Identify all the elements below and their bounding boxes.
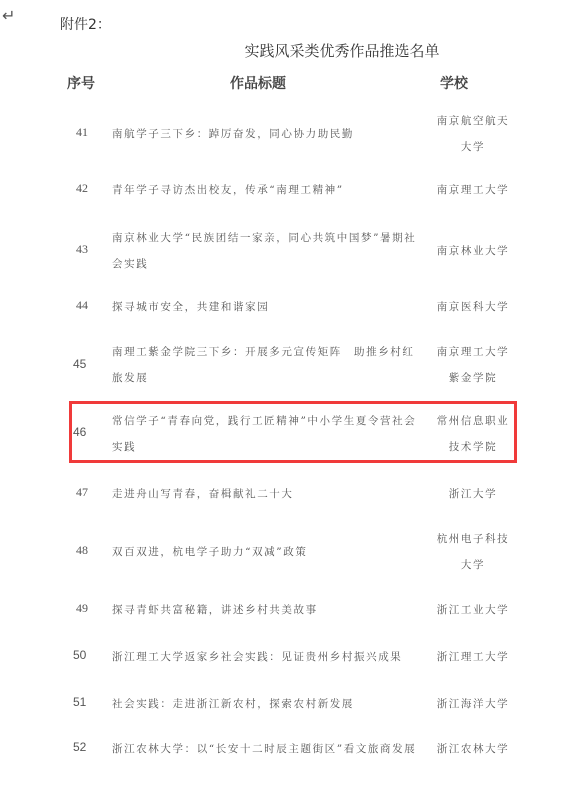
row-number: 41 (76, 125, 88, 140)
row-school: 浙江工业大学 (432, 597, 514, 623)
row-title: 社会实践：走进浙江新农村，探索农村新发展 (112, 691, 422, 717)
row-number: 48 (76, 543, 88, 558)
row-title: 常信学子“青春向党，践行工匠精神”中小学生夏令营社会实践 (112, 408, 422, 460)
row-school: 浙江海洋大学 (432, 691, 514, 717)
document-title: 实践风采类优秀作品推选名单 (0, 40, 574, 61)
row-number: 44 (76, 298, 88, 313)
row-school: 浙江农林大学 (432, 736, 514, 762)
row-number: 47 (76, 485, 88, 500)
header-number: 序号 (67, 73, 95, 93)
attachment-label: 附件2： (60, 14, 111, 34)
header-title: 作品标题 (230, 73, 286, 93)
paragraph-return-icon: ↵ (2, 8, 15, 24)
row-title: 青年学子寻访杰出校友，传承“南理工精神” (112, 177, 422, 203)
row-title: 走进舟山写青春，奋楫献礼二十大 (112, 481, 422, 507)
row-number: 49 (76, 601, 88, 616)
row-school: 浙江理工大学 (432, 644, 514, 670)
row-number: 45 (73, 357, 86, 371)
row-title: 探寻城市安全，共建和谐家园 (112, 294, 422, 320)
row-number: 52 (73, 740, 86, 754)
row-number: 46 (73, 425, 86, 439)
row-title: 浙江理工大学返家乡社会实践：见证贵州乡村振兴成果 (112, 644, 422, 670)
row-school: 南京理工大学紫金学院 (432, 339, 514, 391)
row-title: 浙江农林大学：以“长安十二时辰主题街区”看文旅商发展 (112, 736, 442, 762)
row-title: 南京林业大学“民族团结一家亲，同心共筑中国梦”暑期社会实践 (112, 225, 422, 277)
row-school: 南京理工大学 (432, 177, 514, 203)
row-number: 50 (73, 648, 86, 662)
row-title: 南理工紫金学院三下乡：开展多元宣传矩阵 助推乡村红旅发展 (112, 339, 422, 391)
table-header: 序号 作品标题 学校 (0, 73, 574, 93)
row-school: 南京航空航天大学 (432, 108, 514, 160)
row-number: 51 (73, 695, 86, 709)
row-school: 常州信息职业技术学院 (432, 408, 514, 460)
row-school: 杭州电子科技大学 (432, 526, 514, 578)
row-school: 浙江大学 (432, 481, 514, 507)
row-title: 探寻青虾共富秘籍，讲述乡村共美故事 (112, 597, 422, 623)
row-school: 南京医科大学 (432, 294, 514, 320)
header-school: 学校 (440, 73, 468, 93)
row-school: 南京林业大学 (432, 238, 514, 264)
row-number: 42 (76, 181, 88, 196)
row-title: 双百双进，杭电学子助力“双减”政策 (112, 539, 422, 565)
row-number: 43 (76, 242, 88, 257)
row-title: 南航学子三下乡：踔厉奋发，同心协力助民勤 (112, 121, 422, 147)
